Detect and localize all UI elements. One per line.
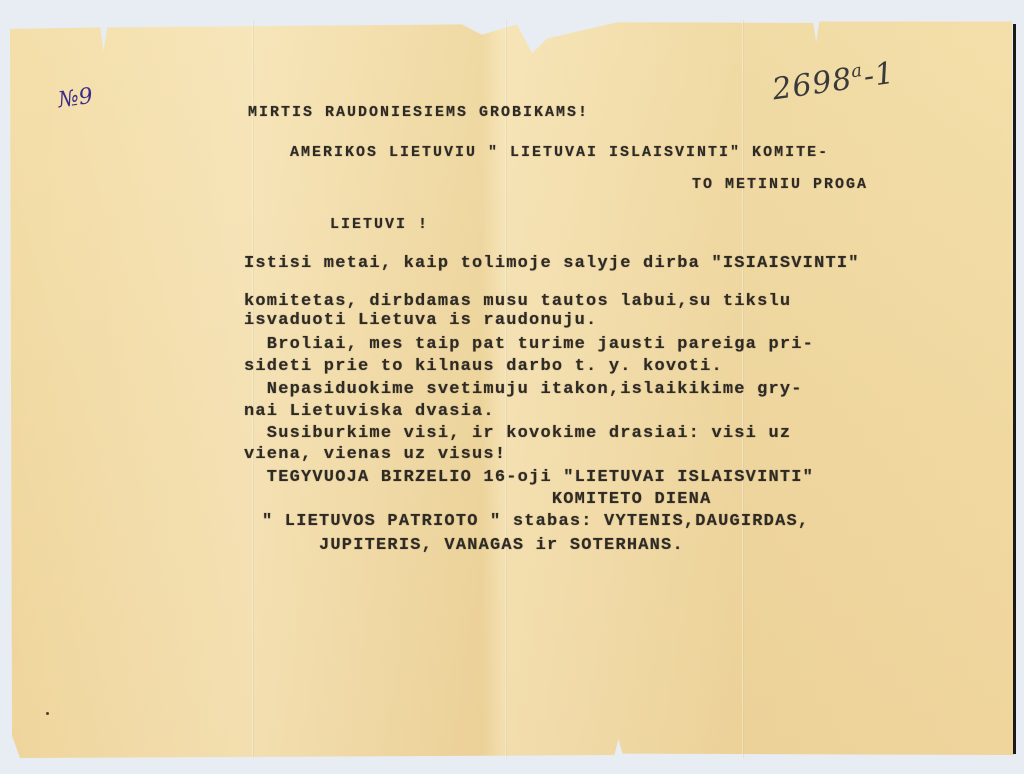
header-line-2: AMERIKOS LIETUVIU " LIETUVAI ISLAISVINTI… bbox=[290, 144, 829, 161]
body-line: TEGYVUOJA BIRZELIO 16-oji "LIETUVAI ISLA… bbox=[244, 468, 814, 487]
body-line: sideti prie to kilnaus darbo t. y. kovot… bbox=[244, 357, 723, 376]
body-line: komitetas, dirbdamas musu tautos labui,s… bbox=[244, 292, 791, 311]
header-line-3: TO METINIU PROGA bbox=[692, 176, 868, 193]
body-line: Susiburkime visi, ir kovokime drasiai: v… bbox=[244, 424, 791, 443]
body-line: viena, vienas uz visus! bbox=[244, 445, 506, 464]
body-line: nai Lietuviska dvasia. bbox=[244, 402, 495, 421]
ink-speck bbox=[46, 712, 49, 715]
body-line: isvaduoti Lietuva is raudonuju. bbox=[244, 311, 597, 330]
header-line-1: MIRTIS RAUDONIESIEMS GROBIKAMS! bbox=[248, 104, 589, 121]
body-line: Broliai, mes taip pat turime jausti pare… bbox=[244, 335, 814, 354]
body-line: JUPITERIS, VANAGAS ir SOTERHANS. bbox=[262, 536, 684, 555]
body-line: Istisi metai, kaip tolimoje salyje dirba… bbox=[244, 254, 860, 273]
paper-edge-shadow bbox=[1013, 24, 1016, 754]
salutation: LIETUVI ! bbox=[330, 216, 429, 233]
body-line: KOMITETO DIENA bbox=[244, 490, 711, 509]
body-line: Nepasiduokime svetimuju itakon,islaikiki… bbox=[244, 380, 803, 399]
handwritten-number-mark: №9 bbox=[56, 84, 94, 114]
body-line: " LIETUVOS PATRIOTO " stabas: VYTENIS,DA… bbox=[262, 512, 809, 531]
